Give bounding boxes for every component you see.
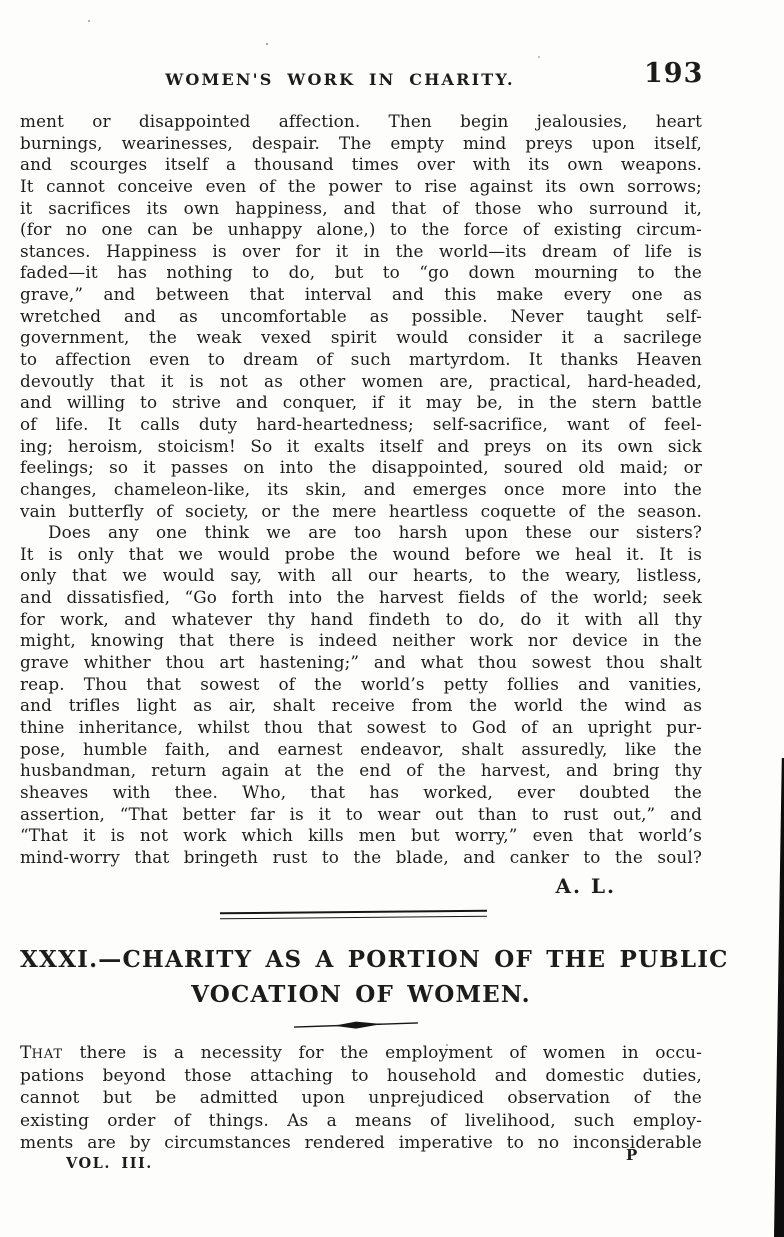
- text-line: changes, chameleon-like, its skin, and e…: [20, 479, 702, 501]
- article-end-text: ment or disappointed affection. Then beg…: [20, 111, 702, 868]
- page-number: 193: [644, 58, 704, 89]
- text-line: and trifles light as air, shalt receive …: [20, 695, 702, 717]
- text-line: it sacrifices its own happiness, and tha…: [20, 198, 702, 220]
- scan-speck: [88, 20, 90, 22]
- text-line: “That it is not work which kills men but…: [20, 825, 702, 847]
- text-line: ments are by circumstances rendered impe…: [20, 1132, 702, 1155]
- text-line: pose, humble faith, and earnest endeavor…: [20, 739, 702, 761]
- text-line: and willing to strive and conquer, if it…: [20, 392, 702, 414]
- article-new-text: THAT there is a necessity for the employ…: [20, 1042, 702, 1155]
- text-line: and scourges itself a thousand times ove…: [20, 154, 702, 176]
- text-line: and dissatisfied, “Go forth into the har…: [20, 587, 702, 609]
- text-line: ing; heroism, stoicism! So it exalts its…: [20, 436, 702, 458]
- running-header-title: WOMEN'S WORK IN CHARITY.: [20, 70, 660, 89]
- section-heading-line2: VOCATION OF WOMEN.: [20, 981, 702, 1008]
- text-line: stances. Happiness is over for it in the…: [20, 241, 702, 263]
- text-line: ment or disappointed affection. Then beg…: [20, 111, 702, 133]
- text-line: feelings; so it passes on into the disap…: [20, 457, 702, 479]
- lead-initial: T: [20, 1043, 32, 1063]
- text-line: Does any one think we are too harsh upon…: [20, 522, 702, 544]
- lead-rest: there is a necessity for the employment …: [63, 1043, 702, 1063]
- text-line: to affection even to dream of such marty…: [20, 349, 702, 371]
- text-line: thine inheritance, whilst thou that sowe…: [20, 717, 702, 739]
- text-line: wretched and as uncomfortable as possibl…: [20, 306, 702, 328]
- text-line: (for no one can be unhappy alone,) to th…: [20, 219, 702, 241]
- text-line: existing order of things. As a means of …: [20, 1110, 702, 1133]
- text-line: THAT there is a necessity for the employ…: [20, 1042, 702, 1065]
- author-initials: A. L.: [20, 874, 702, 898]
- text-line: assertion, “That better far is it to wea…: [20, 804, 702, 826]
- volume-label: VOL. III.: [66, 1155, 153, 1172]
- text-line: cannot but be admitted upon unprejudiced…: [20, 1087, 702, 1110]
- text-line: husbandman, return again at the end of t…: [20, 760, 702, 782]
- text-line: devoutly that it is not as other women a…: [20, 371, 702, 393]
- text-line: might, knowing that there is indeed neit…: [20, 630, 702, 652]
- text-line: grave whither thou art hastening;” and w…: [20, 652, 702, 674]
- text-line: sheaves with thee. Who, that has worked,…: [20, 782, 702, 804]
- section-heading-line1: XXXI.—CHARITY AS A PORTION OF THE PUBLIC: [20, 946, 702, 973]
- text-line: government, the weak vexed spirit would …: [20, 327, 702, 349]
- text-line: faded—it has nothing to do, but to “go d…: [20, 262, 702, 284]
- text-line: grave,” and between that interval and th…: [20, 284, 702, 306]
- text-line: burnings, wearinesses, despair. The empt…: [20, 133, 702, 155]
- text-line: vain butterfly of society, or the mere h…: [20, 501, 702, 523]
- text-line: only that we would say, with all our hea…: [20, 565, 702, 587]
- ornament-divider-icon: [292, 1015, 420, 1037]
- section-separator-double-rule: [220, 910, 487, 919]
- text-line: of life. It calls duty hard-heartedness;…: [20, 414, 702, 436]
- text-line: reap. Thou that sowest of the world’s pe…: [20, 674, 702, 696]
- press-signature-mark: P: [626, 1146, 637, 1164]
- scan-edge-artifact: [774, 758, 784, 1237]
- text-line: pations beyond those attaching to househ…: [20, 1065, 702, 1088]
- book-page: WOMEN'S WORK IN CHARITY. 193 ment or dis…: [0, 0, 784, 1237]
- text-line: It cannot conceive even of the power to …: [20, 176, 702, 198]
- text-line: mind-worry that bringeth rust to the bla…: [20, 847, 702, 869]
- text-line: It is only that we would probe the wound…: [20, 544, 702, 566]
- lead-smallcaps: HAT: [32, 1047, 64, 1062]
- text-line: for work, and whatever thy hand findeth …: [20, 609, 702, 631]
